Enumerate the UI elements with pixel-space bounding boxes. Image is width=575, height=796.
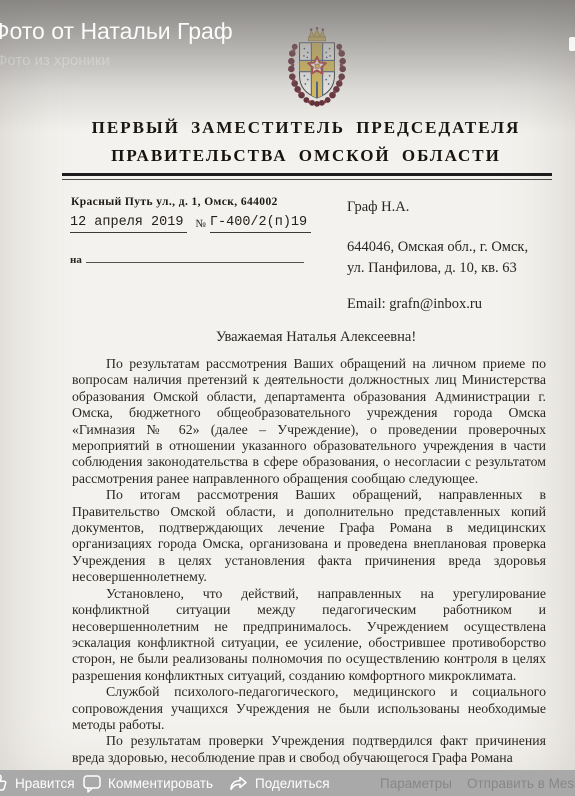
letterhead-title: ПЕРВЫЙ ЗАМЕСТИТЕЛЬ ПРЕДСЕДАТЕЛЯ ПРАВИТЕЛ…: [0, 114, 575, 170]
letter-document: ПЕРВЫЙ ЗАМЕСТИТЕЛЬ ПРЕДСЕДАТЕЛЯ ПРАВИТЕЛ…: [0, 0, 575, 796]
comment-button[interactable]: Комментировать: [82, 770, 213, 796]
like-label: Нравится: [15, 776, 75, 791]
paragraph: По итогам рассмотрения Ваших обращений, …: [72, 487, 546, 585]
photo-subtitle: Фото из хроники: [0, 52, 110, 69]
reply-to-row: на: [70, 250, 304, 266]
reference-number: Г-400/2(п)19: [210, 215, 311, 233]
letterhead-rule: [62, 173, 552, 180]
na-label: на: [70, 254, 82, 266]
photo-title: Фото от Натальи Граф: [0, 18, 233, 45]
speech-bubble-icon: [82, 773, 102, 793]
recipient-address-line2: ул. Панфилова, д. 10, кв. 63: [347, 258, 528, 279]
photo[interactable]: ПЕРВЫЙ ЗАМЕСТИТЕЛЬ ПРЕДСЕДАТЕЛЯ ПРАВИТЕЛ…: [0, 0, 575, 796]
params-label: Параметры: [380, 776, 452, 791]
action-bar: Нравится Комментировать Поделиться Парам…: [0, 770, 575, 796]
letterhead-line2: ПРАВИТЕЛЬСТВА ОМСКОЙ ОБЛАСТИ: [0, 142, 575, 170]
paragraph: Службой психолого-педагогического, медиц…: [72, 684, 546, 733]
recipient-email: Email: grafn@inbox.ru: [347, 294, 528, 315]
send-label: Отправить в Messe: [467, 776, 575, 791]
blank-line: [86, 250, 304, 263]
letter-date: 12 апреля 2019: [70, 215, 187, 233]
share-button[interactable]: Поделиться: [228, 770, 330, 796]
paragraph: По результатам проверки Учреждения подтв…: [72, 733, 546, 766]
share-arrow-icon: [228, 774, 249, 793]
paragraph: По результатам рассмотрения Ваших обраще…: [72, 356, 546, 487]
date-ref-row: 12 апреля 2019№Г-400/2(п)19: [70, 212, 311, 230]
send-to-messenger-button[interactable]: Отправить в Messe: [467, 770, 575, 796]
share-label: Поделиться: [255, 776, 330, 791]
recipient-name: Граф Н.А.: [347, 197, 528, 218]
recipient-address-line1: 644046, Омская обл., г. Омск,: [347, 237, 528, 258]
paragraph: Установлено, что действий, направленных …: [72, 586, 546, 684]
letter-body: По результатам рассмотрения Ваших обраще…: [72, 356, 546, 766]
photo-viewer: ПЕРВЫЙ ЗАМЕСТИТЕЛЬ ПРЕДСЕДАТЕЛЯ ПРАВИТЕЛ…: [0, 0, 575, 796]
number-sign: №: [187, 218, 210, 230]
comment-label: Комментировать: [108, 776, 213, 791]
omsk-region-coat-of-arms-icon: [286, 27, 348, 114]
recipient-block: Граф Н.А. 644046, Омская обл., г. Омск, …: [347, 197, 528, 315]
cropped-corner-button[interactable]: [569, 37, 575, 51]
letterhead-line1: ПЕРВЫЙ ЗАМЕСТИТЕЛЬ ПРЕДСЕДАТЕЛЯ: [0, 114, 575, 142]
params-button[interactable]: Параметры: [380, 770, 452, 796]
like-button[interactable]: Нравится: [0, 770, 75, 796]
thumb-up-icon: [0, 773, 9, 793]
salutation: Уважаемая Наталья Алексеевна!: [72, 329, 560, 346]
sender-address: Красный Путь ул., д. 1, Омск, 644002: [71, 196, 278, 208]
